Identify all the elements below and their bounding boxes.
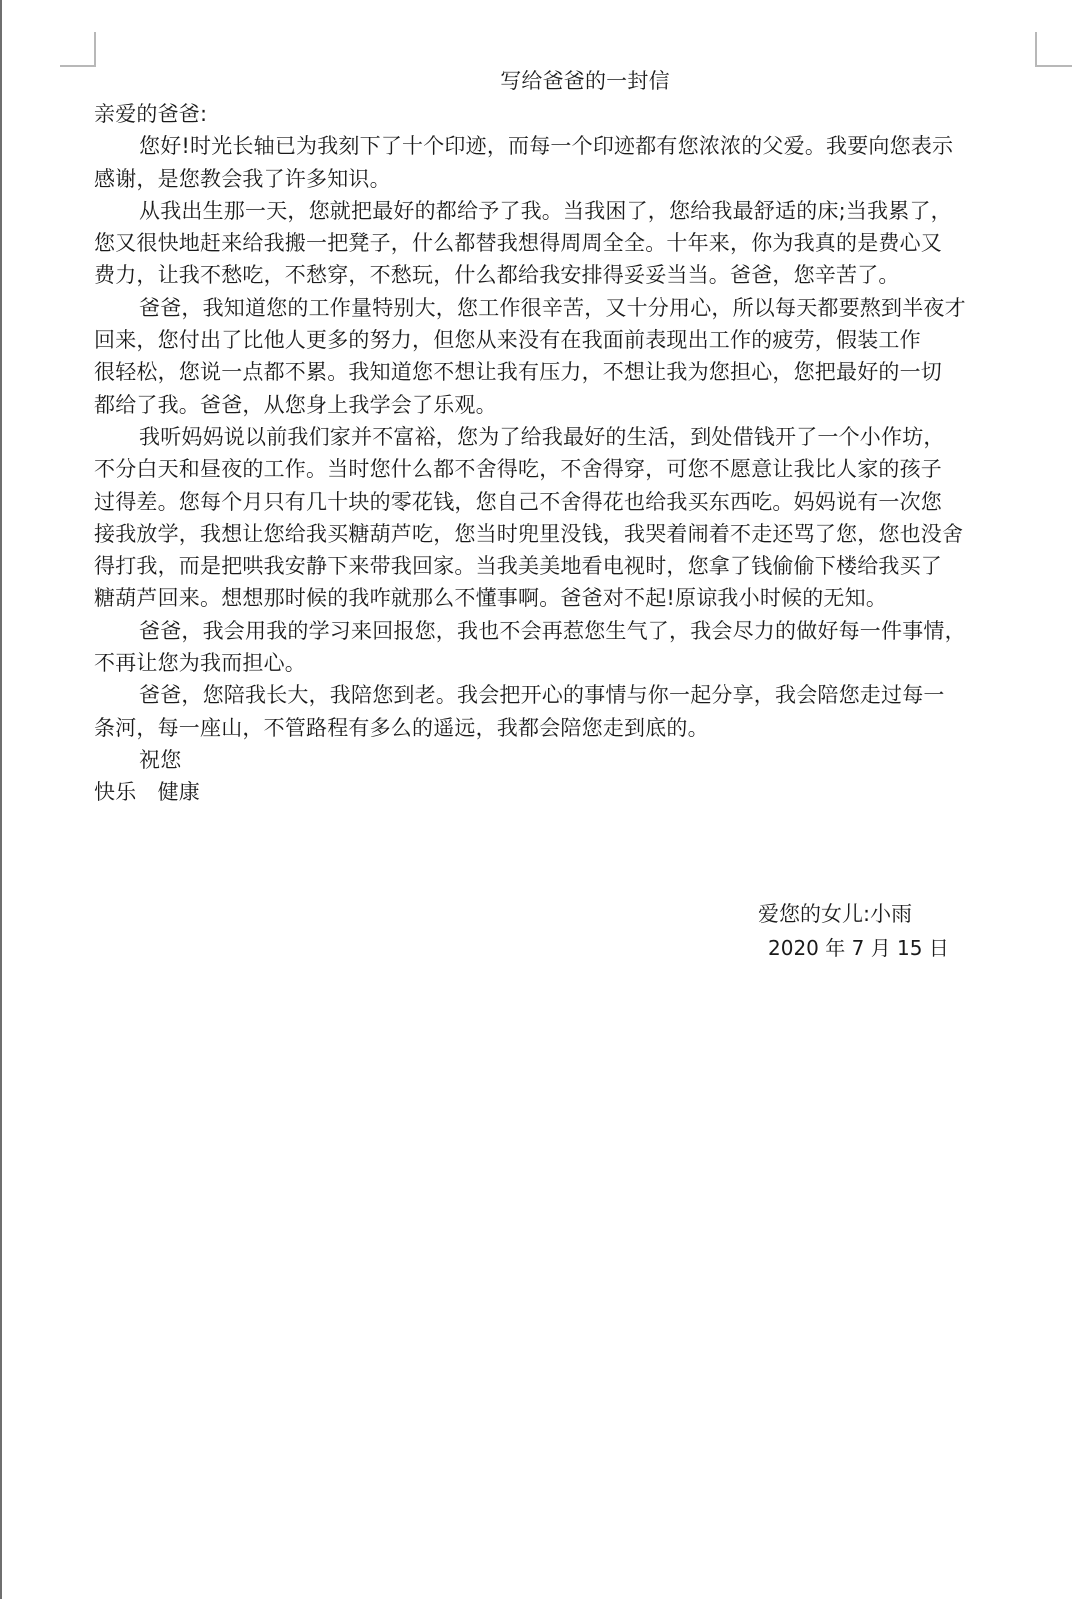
closing-wish: 祝您 [94,744,1036,776]
text-line: 费力，让我不愁吃，不愁穿，不愁玩，什么都给我安排得妥妥当当。爸爸，您辛苦了。 [94,259,1036,291]
text-line: 很轻松，您说一点都不累。我知道您不想让我有压力，不想让我为您担心，您把最好的一切 [94,356,1036,388]
signature-block: 爱您的女儿:小雨 2020 年 7 月 15 日 [758,897,1018,965]
closing-blessing: 快乐 健康 [94,776,1036,808]
paragraph-6: 爸爸，您陪我长大，我陪您到老。我会把开心的事情与你一起分享，我会陪您走过每一 条… [94,679,1036,744]
paragraph-1: 您好!时光长轴已为我刻下了十个印迹，而每一个印迹都有您浓浓的父爱。我要向您表示 … [94,130,1036,195]
margin-corner-mark-top-left [60,32,96,67]
page-left-edge [0,0,2,1599]
paragraph-2: 从我出生那一天，您就把最好的都给予了我。当我困了，您给我最舒适的床;当我累了， … [94,195,1036,292]
text-line: 从我出生那一天，您就把最好的都给予了我。当我困了，您给我最舒适的床;当我累了， [94,195,1036,227]
text-line: 接我放学，我想让您给我买糖葫芦吃，您当时兜里没钱，我哭着闹着不走还骂了您，您也没… [94,518,1036,550]
text-line: 我听妈妈说以前我们家并不富裕，您为了给我最好的生活，到处借钱开了一个小作坊， [94,421,1036,453]
text-line: 不分白天和昼夜的工作。当时您什么都不舍得吃，不舍得穿，可您不愿意让我比人家的孩子 [94,453,1036,485]
text-line: 糖葫芦回来。想想那时候的我咋就那么不懂事啊。爸爸对不起!原谅我小时候的无知。 [94,582,1036,614]
text-line: 条河，每一座山，不管路程有多么的遥远，我都会陪您走到底的。 [94,712,1036,744]
margin-corner-mark-top-right [1035,32,1072,67]
text-line: 感谢，是您教会我了许多知识。 [94,163,1036,195]
text-line: 爸爸，您陪我长大，我陪您到老。我会把开心的事情与你一起分享，我会陪您走过每一 [94,679,1036,711]
text-line: 您好!时光长轴已为我刻下了十个印迹，而每一个印迹都有您浓浓的父爱。我要向您表示 [94,130,1036,162]
text-line: 不再让您为我而担心。 [94,647,1036,679]
text-line: 得打我，而是把哄我安静下来带我回家。当我美美地看电视时，您拿了钱偷偷下楼给我买了 [94,550,1036,582]
text-line: 爸爸，我知道您的工作量特别大，您工作很辛苦，又十分用心，所以每天都要熬到半夜才 [94,292,1036,324]
text-line: 都给了我。爸爸，从您身上我学会了乐观。 [94,389,1036,421]
letter-date: 2020 年 7 月 15 日 [758,931,1018,965]
text-line: 您又很快地赶来给我搬一把凳子，什么都替我想得周周全全。十年来，你为我真的是费心又 [94,227,1036,259]
text-line: 过得差。您每个月只有几十块的零花钱，您自己不舍得花也给我买东西吃。妈妈说有一次您 [94,486,1036,518]
paragraph-3: 爸爸，我知道您的工作量特别大，您工作很辛苦，又十分用心，所以每天都要熬到半夜才 … [94,292,1036,421]
letter-title: 写给爸爸的一封信 [94,64,1036,98]
signature: 爱您的女儿:小雨 [758,897,1018,931]
paragraph-5: 爸爸，我会用我的学习来回报您，我也不会再惹您生气了，我会尽力的做好每一件事情， … [94,615,1036,680]
salutation: 亲爱的爸爸: [94,98,1036,130]
document-body: 写给爸爸的一封信 亲爱的爸爸: 您好!时光长轴已为我刻下了十个印迹，而每一个印迹… [94,64,1036,809]
text-line: 爸爸，我会用我的学习来回报您，我也不会再惹您生气了，我会尽力的做好每一件事情， [94,615,1036,647]
paragraph-4: 我听妈妈说以前我们家并不富裕，您为了给我最好的生活，到处借钱开了一个小作坊， 不… [94,421,1036,615]
text-line: 回来，您付出了比他人更多的努力，但您从来没有在我面前表现出工作的疲劳，假装工作 [94,324,1036,356]
